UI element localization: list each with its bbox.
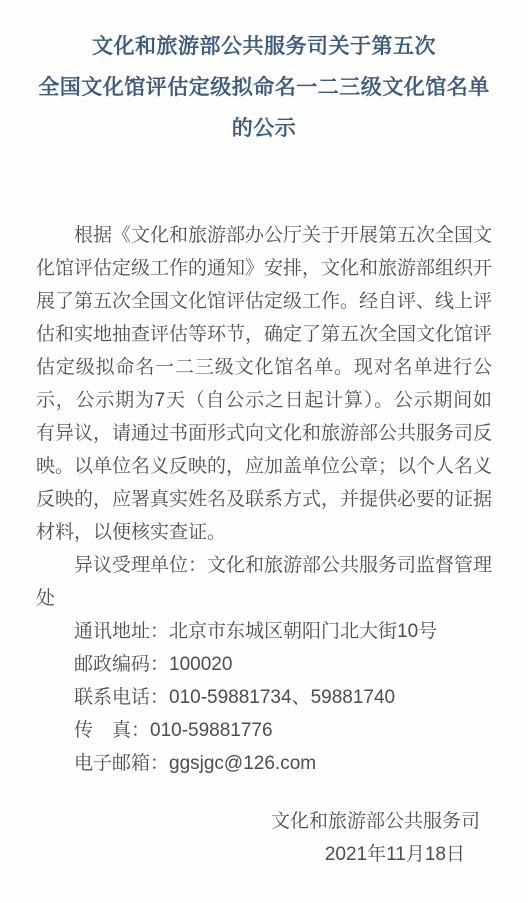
page-title-line-1: 文化和旅游部公共服务司关于第五次 — [36, 26, 492, 67]
page-title: 文化和旅游部公共服务司关于第五次 全国文化馆评估定级拟命名一二三级文化馆名单 的… — [36, 26, 492, 149]
signature-org: 文化和旅游部公共服务司 — [36, 805, 492, 838]
page-title-line-2: 全国文化馆评估定级拟命名一二三级文化馆名单 — [36, 67, 492, 108]
contact-fax-line: 传 真：010-59881776 — [36, 714, 492, 747]
contact-address-line: 通讯地址：北京市东城区朝阳门北大街10号 — [36, 615, 492, 648]
notice-body: 根据《文化和旅游部办公厅关于开展第五次全国文化馆评估定级工作的通知》安排，文化和… — [36, 219, 492, 780]
contact-phone-line: 联系电话：010-59881734、59881740 — [36, 681, 492, 714]
page-title-line-3: 的公示 — [36, 108, 492, 149]
dispute-unit-line: 异议受理单位：文化和旅游部公共服务司监督管理处 — [36, 549, 492, 615]
contact-email-line: 电子邮箱：ggsjgc@126.com — [36, 747, 492, 780]
signature-date: 2021年11月18日 — [36, 838, 492, 871]
contact-postcode-line: 邮政编码：100020 — [36, 648, 492, 681]
notice-main-paragraph: 根据《文化和旅游部办公厅关于开展第五次全国文化馆评估定级工作的通知》安排，文化和… — [36, 219, 492, 549]
signature-block: 文化和旅游部公共服务司 2021年11月18日 — [36, 805, 492, 871]
notice-page: 文化和旅游部公共服务司关于第五次 全国文化馆评估定级拟命名一二三级文化馆名单 的… — [0, 0, 528, 903]
